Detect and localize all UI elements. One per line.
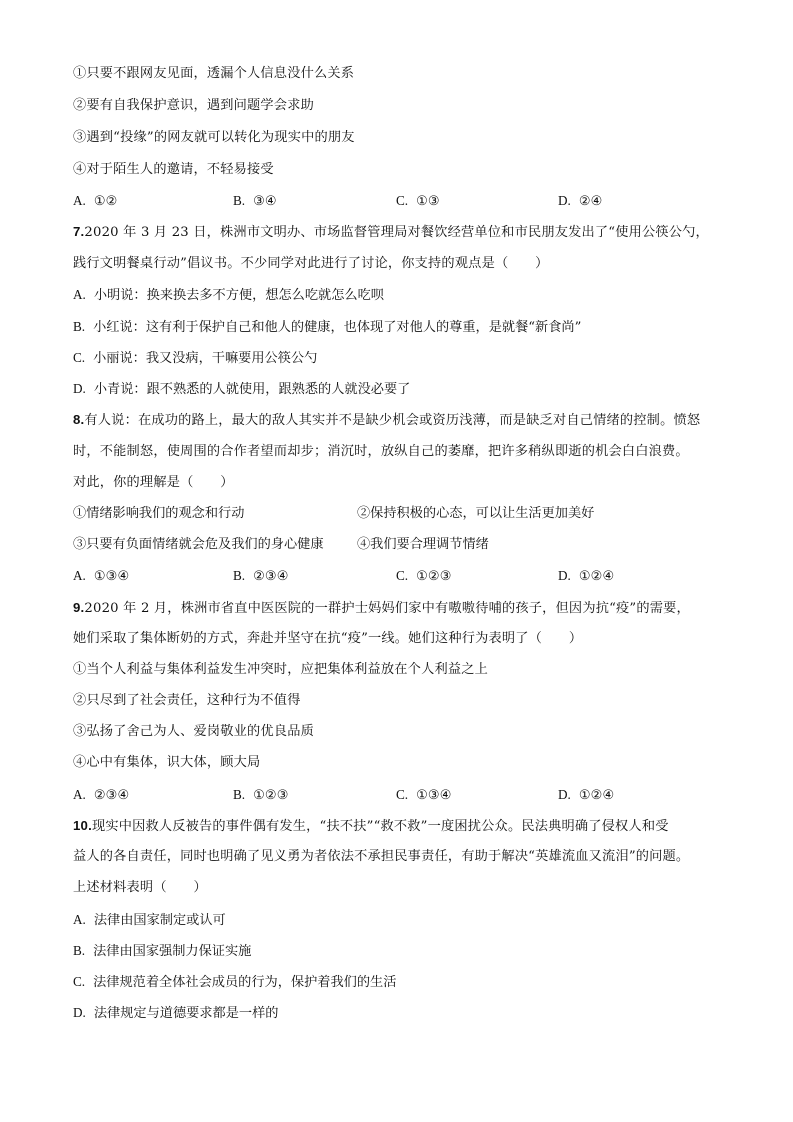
- q9-statement-2: ②只尽到了社会责任，这种行为不值得: [73, 693, 301, 709]
- q9-option-d[interactable]: D.①②④: [558, 787, 614, 804]
- q6-statement-1: ①只要不跟网友见面，透漏个人信息没什么关系: [73, 66, 354, 82]
- q6-option-b[interactable]: B.③④: [233, 193, 277, 210]
- q10-option-c[interactable]: C.法律规范着全体社会成员的行为，保护着我们的生活: [73, 974, 396, 991]
- q10-option-b[interactable]: B.法律由国家强制力保证实施: [73, 943, 251, 960]
- q9-option-b[interactable]: B.①②③: [233, 787, 289, 804]
- q10-option-a[interactable]: A.法律由国家制定或认可: [73, 912, 226, 929]
- q8-statement-1: ①情绪影响我们的观念和行动: [73, 506, 244, 522]
- q9-statement-1: ①当个人利益与集体利益发生冲突时，应把集体利益放在个人利益之上: [73, 662, 488, 678]
- q7-stem-line-1: 7.2020 年 3 月 23 日，株洲市文明办、市场监督管理局对餐饮经营单位和…: [73, 224, 709, 241]
- q8-stem-line-1: 8.有人说：在成功的路上，最大的敌人其实并不是缺少机会或资历浅薄，而是缺乏对自己…: [73, 412, 700, 429]
- q9-option-c[interactable]: C.①③④: [396, 787, 452, 804]
- q9-stem-line-1: 9.2020 年 2 月，株洲市省直中医医院的一群护士妈妈们家中有嗷嗷待哺的孩子…: [73, 600, 690, 617]
- q8-statement-4: ④我们要合理调节情绪: [357, 537, 489, 553]
- q7-option-d[interactable]: D.小青说：跟不熟悉的人就使用，跟熟悉的人就没必要了: [73, 381, 410, 398]
- q9-stem-line-2: 她们采取了集体断奶的方式，奔赴并坚守在抗“疫”一线。她们这种行为表明了（ ）: [73, 631, 582, 647]
- q10-number: 10.: [73, 818, 92, 833]
- q9-statement-3: ③弘扬了舍己为人、爱岗敬业的优良品质: [73, 724, 314, 740]
- q8-stem-line-3: 对此，你的理解是（ ）: [73, 475, 234, 491]
- q8-stem-line-2: 时，不能制怒，使周围的合作者望而却步；消沉时，放纵自己的萎靡，把许多稍纵即逝的机…: [73, 444, 689, 460]
- q9-number: 9.: [73, 600, 84, 615]
- q10-stem-line-2: 益人的各自责任，同时也明确了见义勇为者依法不承担民事责任，有助于解决“英雄流血又…: [73, 849, 689, 865]
- q7-option-a[interactable]: A.小明说：换来换去多不方便，想怎么吃就怎么吃呗: [73, 287, 384, 304]
- q8-option-a[interactable]: A.①③④: [73, 568, 129, 585]
- q8-option-b[interactable]: B.②③④: [233, 568, 289, 585]
- q9-option-a[interactable]: A.②③④: [73, 787, 129, 804]
- q10-stem-line-3: 上述材料表明（ ）: [73, 880, 207, 896]
- q10-stem-line-1: 10.现实中因救人反被告的事件偶有发生，“扶不扶”“救不救”一度困扰公众。民法典…: [73, 818, 669, 835]
- q6-statement-3: ③遇到“投缘”的网友就可以转化为现实中的朋友: [73, 130, 355, 146]
- q8-statement-3: ③只要有负面情绪就会危及我们的身心健康: [73, 537, 324, 553]
- q10-option-d[interactable]: D.法律规定与道德要求都是一样的: [73, 1005, 278, 1022]
- q6-option-c[interactable]: C.①③: [396, 193, 440, 210]
- q8-number: 8.: [73, 412, 84, 427]
- q8-option-d[interactable]: D.①②④: [558, 568, 614, 585]
- q7-number: 7.: [73, 224, 84, 239]
- q8-option-c[interactable]: C.①②③: [396, 568, 452, 585]
- q6-option-d[interactable]: D.②④: [558, 193, 602, 210]
- q7-option-c[interactable]: C.小丽说：我又没病，干嘛要用公筷公勺: [73, 350, 317, 367]
- q8-statement-2: ②保持积极的心态，可以让生活更加美好: [357, 506, 594, 522]
- q6-statement-4: ④对于陌生人的邀请，不轻易接受: [73, 162, 274, 178]
- q7-option-b[interactable]: B.小红说：这有利于保护自己和他人的健康，也体现了对他人的尊重，是就餐“新食尚”: [73, 319, 581, 336]
- q7-stem-line-2: 践行文明餐桌行动”倡议书。不少同学对此进行了讨论，你支持的观点是（ ）: [73, 256, 549, 272]
- q6-statement-2: ②要有自我保护意识，遇到问题学会求助: [73, 98, 314, 114]
- q6-option-a[interactable]: A.①②: [73, 193, 117, 210]
- q9-statement-4: ④心中有集体，识大体，顾大局: [73, 755, 260, 771]
